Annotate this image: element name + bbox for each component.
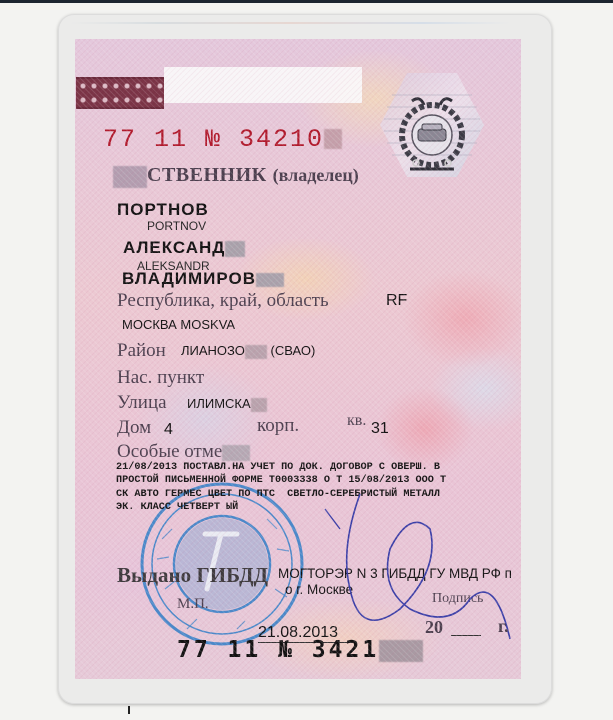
first-name-text: АЛЕКСАНД — [123, 238, 225, 257]
house-label: Дом — [117, 417, 151, 439]
apartment-label: кв. — [347, 412, 366, 430]
patronymic-text: ВЛАДИМИРОВ — [122, 269, 256, 288]
locality-label: Нас. пункт — [117, 367, 204, 389]
building-label: корп. — [257, 415, 299, 437]
stray-mark — [128, 706, 130, 714]
owner-heading-text: СТВЕННИК — [147, 164, 267, 186]
city-value: МОСКВА MOSKVA — [122, 317, 235, 332]
region-value: RF — [386, 292, 407, 310]
street-value: ИЛИМСКА — [187, 396, 267, 412]
series-number-top-text: 77 11 № 34210 — [103, 125, 324, 154]
stamp-place-label: М.П. — [177, 596, 209, 613]
district-value: ЛИАНОЗО (СВАО) — [181, 343, 315, 359]
registration-certificate: 77 11 № 34210 СТВЕННИК(владелец) ПОРТНОВ… — [75, 39, 521, 679]
year-prefix: 20 — [425, 617, 443, 638]
signature-icon — [320, 489, 520, 659]
redacted-text — [113, 166, 147, 188]
redacted-digit — [324, 129, 342, 149]
street-value-text: ИЛИМСКА — [187, 396, 251, 411]
surname: ПОРТНОВ — [117, 200, 209, 220]
redacted-digits — [379, 640, 423, 662]
series-number-bottom: 77 11 № 3421 — [177, 637, 423, 663]
redacted-text — [222, 445, 250, 461]
district-label: Район — [117, 340, 166, 362]
redacted-text — [251, 398, 267, 412]
redacted-text — [256, 273, 284, 287]
year-underline — [451, 635, 481, 636]
house-value: 4 — [164, 421, 173, 439]
series-number-bottom-text: 77 11 № 3421 — [177, 637, 379, 663]
owner-heading-paren: (владелец) — [273, 165, 359, 185]
sleeve-glare — [70, 22, 510, 24]
patronymic: ВЛАДИМИРОВ — [122, 269, 284, 289]
district-value-text: ЛИАНОЗО — [181, 343, 245, 358]
blank-header-strip — [164, 67, 362, 103]
owner-heading: СТВЕННИК(владелец) — [113, 164, 359, 188]
traffic-police-emblem-icon — [372, 65, 492, 185]
surname-latin: PORTNOV — [147, 219, 206, 233]
redacted-text — [245, 345, 267, 359]
region-label: Республика, край, область — [117, 290, 329, 312]
street-label: Улица — [117, 392, 167, 414]
district-okrug: (СВАО) — [271, 343, 316, 358]
year-suffix: г. — [498, 616, 509, 637]
apartment-value: 31 — [371, 420, 389, 438]
guilloche-ornament — [76, 77, 164, 109]
notes-label: Особые отме — [117, 441, 250, 463]
scanner-edge — [0, 0, 613, 3]
issued-by-label: Выдано ГИБДД — [117, 563, 268, 588]
notes-label-text: Особые отме — [117, 441, 222, 462]
series-number-top: 77 11 № 34210 — [103, 125, 342, 154]
first-name: АЛЕКСАНД — [123, 238, 245, 258]
redacted-text — [225, 241, 245, 257]
